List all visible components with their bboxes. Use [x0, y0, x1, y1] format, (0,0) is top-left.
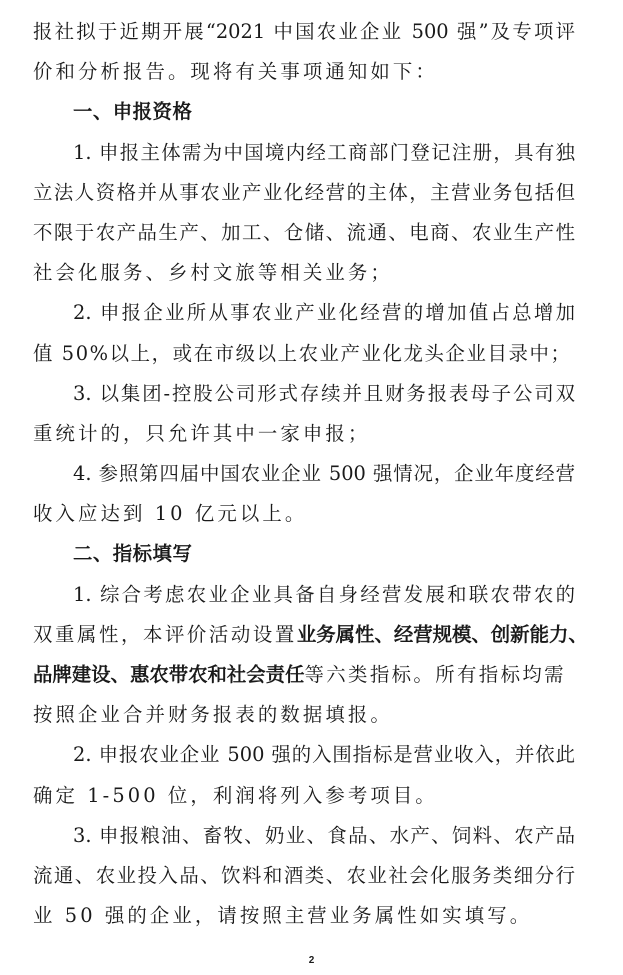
text-line: 2. 申报企业所从事农业产业化经营的增加值占总增加	[33, 293, 575, 333]
text-line: 2. 申报农业企业 500 强的入围指标是营业收入，并依此	[33, 735, 575, 775]
text-line: 报社拟于近期开展“2021 中国农业企业 500 强”及专项评	[33, 12, 575, 52]
document-page: 报社拟于近期开展“2021 中国农业企业 500 强”及专项评 价和分析报告。现…	[33, 12, 575, 936]
section-heading: 二、指标填写	[33, 534, 575, 574]
list-item: 1. 申报主体需为中国境内经工商部门登记注册，具有独 立法人资格并从事农业产业化…	[33, 133, 575, 294]
intro-paragraph: 报社拟于近期开展“2021 中国农业企业 500 强”及专项评 价和分析报告。现…	[33, 12, 575, 92]
text-line: 品牌建设、惠农带农和社会责任等六类指标。所有指标均需	[33, 655, 575, 695]
list-item: 4. 参照第四届中国农业企业 500 强情况，企业年度经营 收入应达到 10 亿…	[33, 454, 575, 534]
text-line: 不限于农产品生产、加工、仓储、流通、电商、农业生产性	[33, 213, 575, 253]
text-line: 4. 参照第四届中国农业企业 500 强情况，企业年度经营	[33, 454, 575, 494]
page-number: 2	[0, 955, 623, 966]
text-line: 社会化服务、乡村文旅等相关业务；	[33, 253, 575, 293]
plain-text: 等六类指标。所有指标均需	[304, 663, 566, 686]
bold-text: 品牌建设、惠农带农和社会责任	[33, 663, 304, 686]
text-line: 1. 申报主体需为中国境内经工商部门登记注册，具有独	[33, 133, 575, 173]
text-line: 收入应达到 10 亿元以上。	[33, 494, 575, 534]
list-item: 2. 申报企业所从事农业产业化经营的增加值占总增加 值 50%以上，或在市级以上…	[33, 293, 575, 373]
text-line: 按照企业合并财务报表的数据填报。	[33, 695, 575, 735]
section-eligibility: 一、申报资格 1. 申报主体需为中国境内经工商部门登记注册，具有独 立法人资格并…	[33, 92, 575, 534]
text-line: 1. 综合考虑农业企业具备自身经营发展和联农带农的	[33, 575, 575, 615]
text-line: 重统计的，只允许其中一家申报；	[33, 414, 575, 454]
text-line: 3. 申报粮油、畜牧、奶业、食品、水产、饲料、农产品	[33, 816, 575, 856]
text-line: 确定 1-500 位，利润将列入参考项目。	[33, 776, 575, 816]
text-line: 双重属性，本评价活动设置业务属性、经营规模、创新能力、	[33, 615, 575, 655]
list-item: 1. 综合考虑农业企业具备自身经营发展和联农带农的 双重属性，本评价活动设置业务…	[33, 575, 575, 736]
list-item: 3. 申报粮油、畜牧、奶业、食品、水产、饲料、农产品 流通、农业投入品、饮料和酒…	[33, 816, 575, 937]
bold-text: 业务属性、经营规模、创新能力、	[297, 623, 588, 646]
text-line: 值 50%以上，或在市级以上农业产业化龙头企业目录中；	[33, 334, 575, 374]
section-indicators: 二、指标填写 1. 综合考虑农业企业具备自身经营发展和联农带农的 双重属性，本评…	[33, 534, 575, 936]
section-heading: 一、申报资格	[33, 92, 575, 132]
text-line: 价和分析报告。现将有关事项通知如下：	[33, 52, 575, 92]
plain-text: 双重属性，本评价活动设置	[33, 623, 297, 646]
text-line: 流通、农业投入品、饮料和酒类、农业社会化服务类细分行	[33, 856, 575, 896]
list-item: 3. 以集团-控股公司形式存续并且财务报表母子公司双 重统计的，只允许其中一家申…	[33, 374, 575, 454]
text-line: 3. 以集团-控股公司形式存续并且财务报表母子公司双	[33, 374, 575, 414]
text-line: 业 50 强的企业，请按照主营业务属性如实填写。	[33, 896, 575, 936]
list-item: 2. 申报农业企业 500 强的入围指标是营业收入，并依此 确定 1-500 位…	[33, 735, 575, 815]
text-line: 立法人资格并从事农业产业化经营的主体，主营业务包括但	[33, 173, 575, 213]
